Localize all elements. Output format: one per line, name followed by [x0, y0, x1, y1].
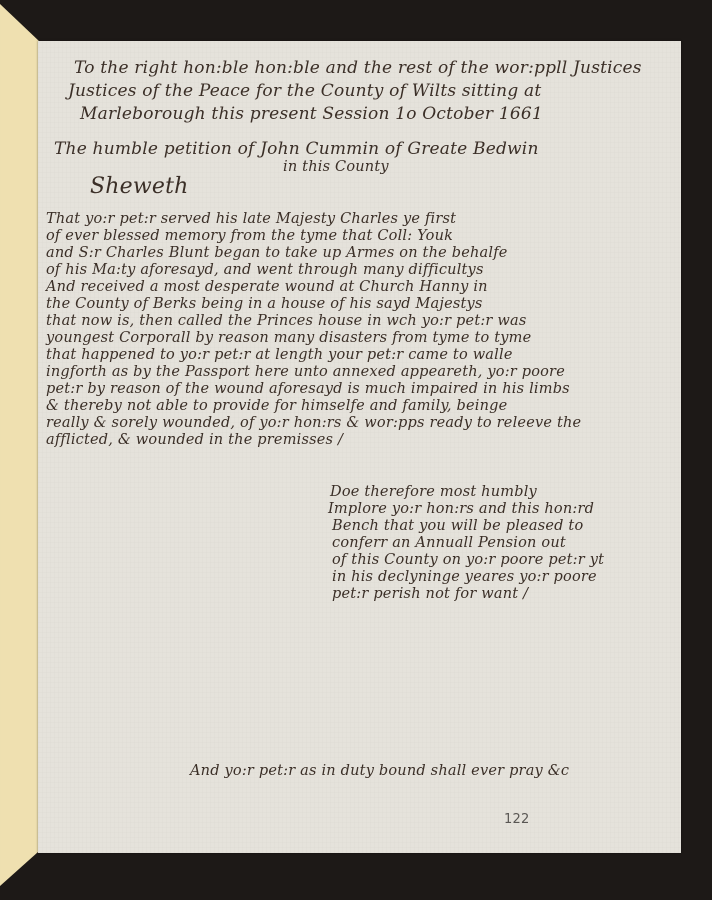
backing-board: [0, 0, 40, 900]
body-line: ingforth as by the Passport here unto an…: [46, 364, 565, 380]
body-line: & thereby not able to provide for himsel…: [46, 398, 507, 414]
address-line-1: To the right hon:ble hon:ble and the res…: [74, 58, 642, 78]
body-line: the County of Berks being in a house of …: [46, 296, 483, 312]
body-line: of ever blessed memory from the tyme tha…: [46, 228, 453, 244]
petition-title-county: in this County: [283, 159, 389, 175]
body-line: that happened to yo:r pet:r at length yo…: [46, 347, 513, 363]
body-line: really & sorely wounded, of yo:r hon:rs …: [46, 415, 581, 431]
body-line: And received a most desperate wound at C…: [46, 279, 488, 295]
address-line-2: Justices of the Peace for the County of …: [68, 81, 541, 101]
body-line: of his Ma:ty aforesayd, and went through…: [46, 262, 484, 278]
body-line: afflicted, & wounded in the premisses /: [46, 432, 343, 448]
prayer-line: pet:r perish not for want /: [332, 586, 528, 602]
petition-title: The humble petition of John Cummin of Gr…: [54, 139, 539, 159]
prayer-line: of this County on yo:r poore pet:r yt: [332, 552, 604, 568]
prayer-line: Doe therefore most humbly: [330, 484, 537, 500]
body-line: pet:r by reason of the wound aforesayd i…: [46, 381, 570, 397]
sheweth-heading: Sheweth: [90, 174, 189, 199]
address-line-3: Marleborough this present Session 1o Oct…: [80, 104, 543, 124]
prayer-line: in his declyninge yeares yo:r poore: [332, 569, 597, 585]
body-line: that now is, then called the Princes hou…: [46, 313, 526, 329]
folio-number: 122: [504, 812, 529, 827]
prayer-line: Bench that you will be pleased to: [332, 518, 583, 534]
body-line: youngest Corporall by reason many disast…: [46, 330, 531, 346]
body-line: That yo:r pet:r served his late Majesty …: [46, 211, 456, 227]
closing-line: And yo:r pet:r as in duty bound shall ev…: [190, 763, 569, 779]
manuscript-page: To the right hon:ble hon:ble and the res…: [38, 41, 681, 853]
prayer-line: Implore yo:r hon:rs and this hon:rd: [328, 501, 594, 517]
body-line: and S:r Charles Blunt began to take up A…: [46, 245, 508, 261]
prayer-line: conferr an Annuall Pension out: [332, 535, 566, 551]
